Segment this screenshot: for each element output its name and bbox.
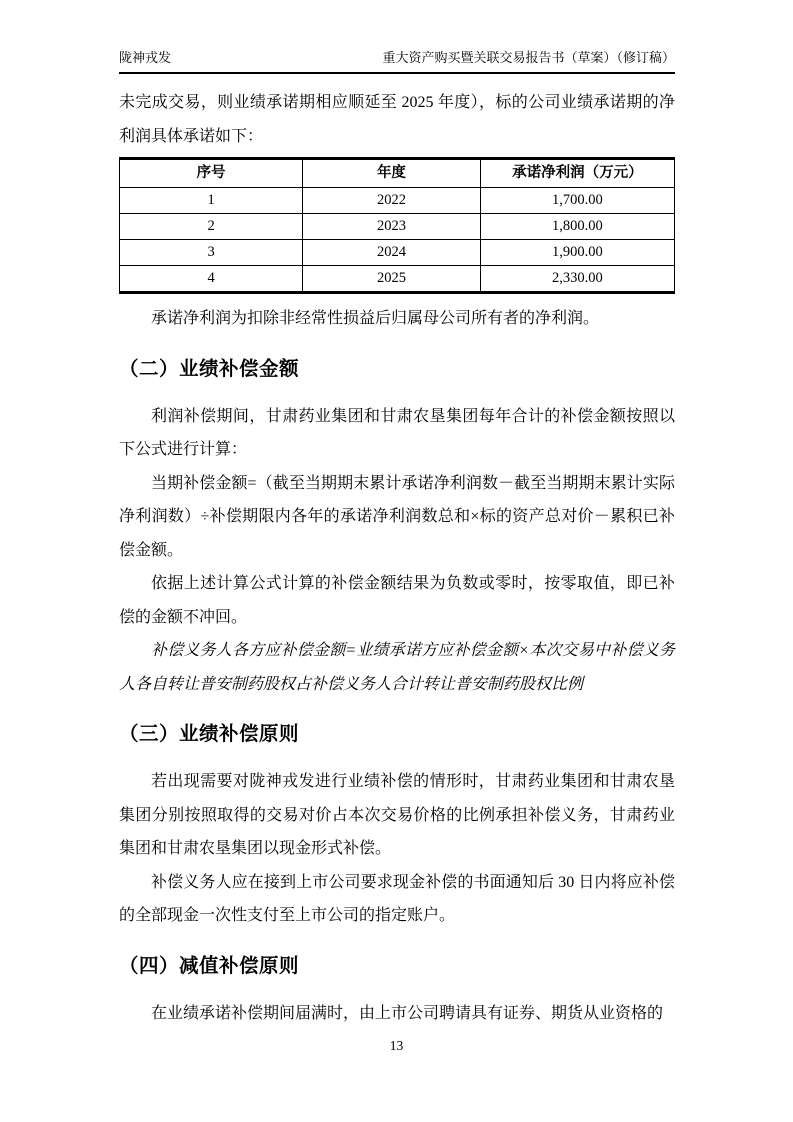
cell-index: 2 xyxy=(120,214,303,240)
document-body: 未完成交易，则业绩承诺期相应顺延至 2025 年度），标的公司业绩承诺期的净利润… xyxy=(119,86,675,1030)
cell-profit: 2,330.00 xyxy=(480,266,674,293)
profit-commitment-table: 序号 年度 承诺净利润（万元） 1 2022 1,700.00 2 2023 1… xyxy=(119,157,675,294)
page-footer: 13 xyxy=(0,1036,793,1056)
page-header: 陇神戎发 重大资产购买暨关联交易报告书（草案）（修订稿） xyxy=(119,50,675,74)
cell-year: 2024 xyxy=(303,240,481,266)
cell-year: 2023 xyxy=(303,214,481,240)
section-4-heading: （四）减值补偿原则 xyxy=(119,953,675,979)
header-report-title: 重大资产购买暨关联交易报告书（草案）（修订稿） xyxy=(382,50,675,66)
table-row: 4 2025 2,330.00 xyxy=(120,266,675,293)
cell-year: 2022 xyxy=(303,188,481,214)
cell-profit: 1,800.00 xyxy=(480,214,674,240)
note-paragraph: 承诺净利润为扣除非经常性损益后归属母公司所有者的净利润。 xyxy=(119,302,675,336)
table-header-row: 序号 年度 承诺净利润（万元） xyxy=(120,159,675,188)
section-3-paragraph-2: 补偿义务人应在接到上市公司要求现金补偿的书面通知后 30 日内将应补偿的全部现金… xyxy=(119,866,675,933)
cell-index: 3 xyxy=(120,240,303,266)
cell-index: 1 xyxy=(120,188,303,214)
header-company-short-title: 陇神戎发 xyxy=(119,50,171,66)
section-4-paragraph-1: 在业绩承诺补偿期间届满时，由上市公司聘请具有证券、期货从业资格的 xyxy=(119,997,675,1031)
cell-profit: 1,900.00 xyxy=(480,240,674,266)
section-3-heading: （三）业绩补偿原则 xyxy=(119,721,675,747)
table-row: 3 2024 1,900.00 xyxy=(120,240,675,266)
cell-index: 4 xyxy=(120,266,303,293)
cell-year: 2025 xyxy=(303,266,481,293)
column-header-index: 序号 xyxy=(120,159,303,188)
document-page: 陇神戎发 重大资产购买暨关联交易报告书（草案）（修订稿） 未完成交易，则业绩承诺… xyxy=(0,0,793,1122)
table-row: 1 2022 1,700.00 xyxy=(120,188,675,214)
compensation-formula-paragraph: 当期补偿金额=（截至当期期末累计承诺净利润数－截至当期期末累计实际净利润数）÷补… xyxy=(119,467,675,568)
page-number: 13 xyxy=(390,1038,404,1053)
column-header-year: 年度 xyxy=(303,159,481,188)
cell-profit: 1,700.00 xyxy=(480,188,674,214)
section-3-paragraph-1: 若出现需要对陇神戎发进行业绩补偿的情形时，甘肃药业集团和甘肃农垦集团分别按照取得… xyxy=(119,765,675,866)
column-header-profit: 承诺净利润（万元） xyxy=(480,159,674,188)
section-2-heading: （二）业绩补偿金额 xyxy=(119,356,675,382)
intro-paragraph: 未完成交易，则业绩承诺期相应顺延至 2025 年度），标的公司业绩承诺期的净利润… xyxy=(119,86,675,153)
allocation-formula-paragraph: 补偿义务人各方应补偿金额=业绩承诺方应补偿金额×本次交易中补偿义务人各自转让普安… xyxy=(119,634,675,701)
table-row: 2 2023 1,800.00 xyxy=(120,214,675,240)
section-2-paragraph-1: 利润补偿期间，甘肃药业集团和甘肃农垦集团每年合计的补偿金额按照以下公式进行计算： xyxy=(119,400,675,467)
zero-floor-paragraph: 依据上述计算公式计算的补偿金额结果为负数或零时，按零取值，即已补偿的金额不冲回。 xyxy=(119,567,675,634)
